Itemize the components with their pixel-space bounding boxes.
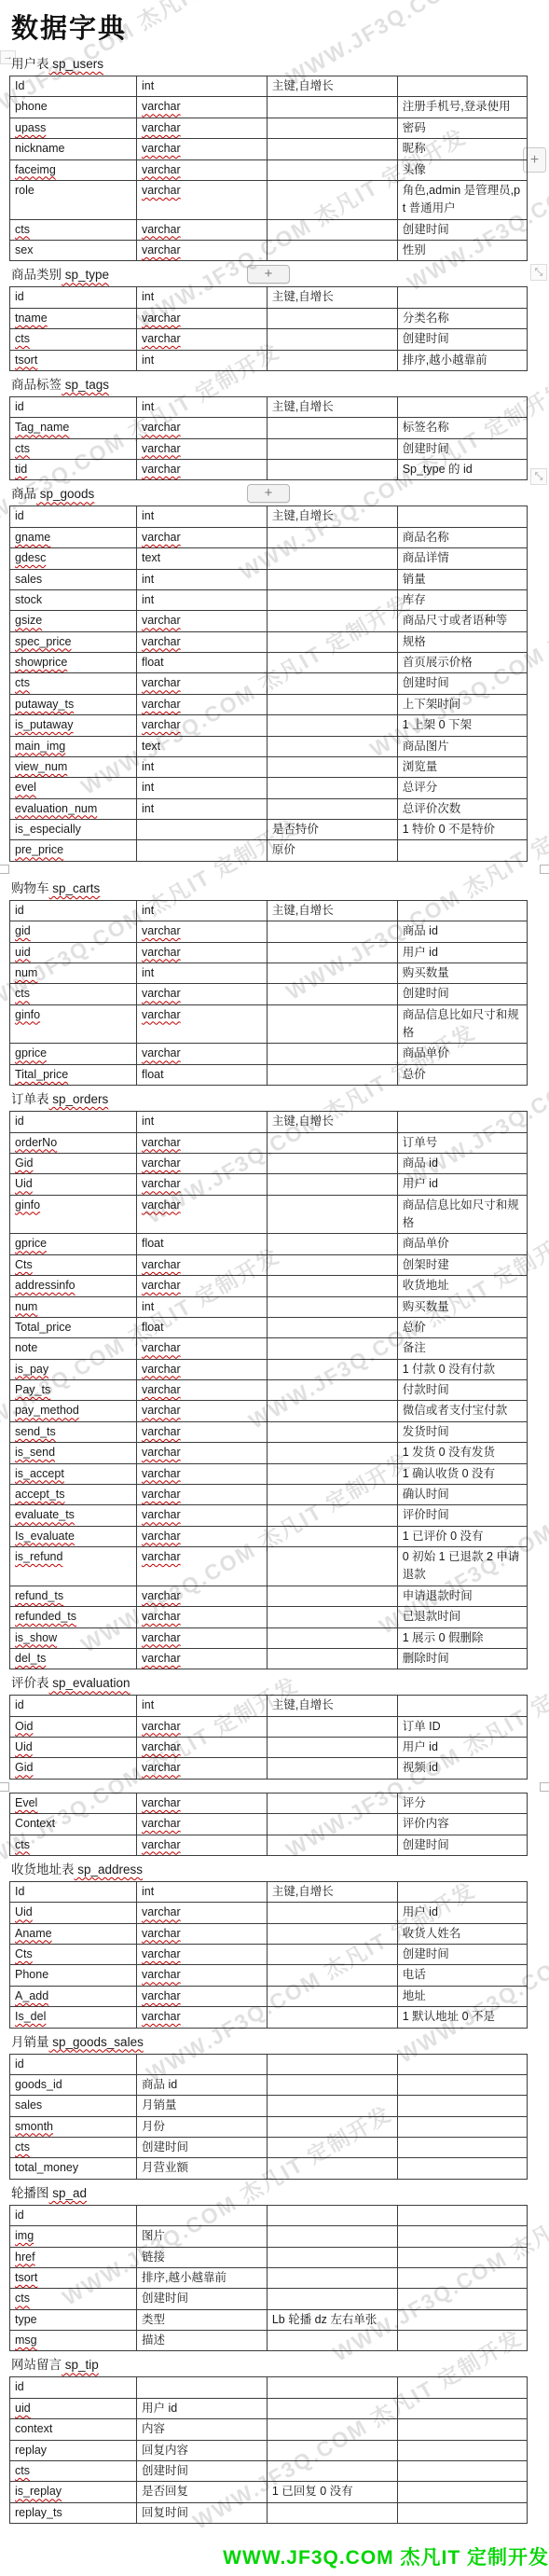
cell-field-type-text: varchar — [142, 312, 181, 325]
cell-description: 商品详情 — [397, 548, 527, 569]
cell-field-name: Pay_ts — [10, 1380, 137, 1401]
page-break — [0, 1780, 549, 1793]
section-label-table-code: sp_evaluation — [49, 1676, 130, 1690]
cell-field-type-text: int — [142, 573, 154, 586]
cell-key-info — [267, 1064, 397, 1085]
cell-key-info: 主键,自增长 — [267, 900, 397, 921]
cell-key-info — [267, 329, 397, 350]
cell-field-type-text: varchar — [142, 1198, 181, 1212]
section-label-sp_ad: 轮播图 sp_ad — [11, 2184, 549, 2203]
cell-key-info — [267, 1421, 397, 1442]
cell-field-type: varchar — [136, 673, 267, 694]
cell-field-type: varchar — [136, 1380, 267, 1401]
cell-field-type: varchar — [136, 118, 267, 138]
cell-field-type: 描述 — [136, 2331, 267, 2351]
cell-key-info — [267, 1627, 397, 1648]
cell-field-type — [136, 2377, 267, 2398]
cell-field-name-text: A_add — [15, 1989, 48, 2002]
cell-description: 浏览量 — [397, 756, 527, 777]
cell-description-text: 创架时建 — [403, 1258, 449, 1271]
cell-field-type-text: text — [142, 740, 160, 753]
table-row: uidvarchar用户 id — [10, 942, 528, 963]
cell-description-text: 1 确认收货 0 没有 — [403, 1467, 495, 1480]
cell-key-info-text: 主键,自增长 — [272, 1115, 334, 1128]
insert-row-plus-button[interactable]: + — [247, 484, 290, 503]
cell-description-text: 头像 — [403, 163, 426, 176]
section-label-sp_carts: 购物车 sp_carts — [11, 879, 549, 898]
table-row: is_acceptvarchar1 确认收货 0 没有 — [10, 1463, 528, 1484]
table-row: Uidvarchar用户 id — [10, 1738, 528, 1758]
cell-field-type: varchar — [136, 241, 267, 261]
cell-description-text: 创建时间 — [403, 1838, 449, 1851]
cell-field-name: uid — [10, 2398, 137, 2418]
cell-field-type: varchar — [136, 1923, 267, 1944]
cell-key-info — [267, 418, 397, 438]
cell-field-type-text: text — [142, 551, 160, 564]
cell-key-info — [267, 2205, 397, 2225]
table-row: msg描述 — [10, 2331, 528, 2351]
cell-description-text: 收货人姓名 — [403, 1927, 461, 1940]
cell-field-type-text: int — [142, 966, 154, 979]
cell-field-name: smonth — [10, 2116, 137, 2137]
cell-description-text: 收货地址 — [403, 1279, 449, 1292]
cell-field-type-text: varchar — [142, 676, 181, 689]
cell-field-type-text: varchar — [142, 1530, 181, 1543]
cell-field-name: cts — [10, 984, 137, 1004]
cell-field-name: id — [10, 396, 137, 417]
cell-description-text: 商品详情 — [403, 551, 449, 564]
cell-key-info — [267, 1338, 397, 1359]
cell-field-type: varchar — [136, 1793, 267, 1813]
cell-key-info — [267, 1044, 397, 1064]
cell-key-info — [267, 1254, 397, 1275]
cell-field-name-text: faceimg — [15, 163, 56, 176]
cell-field-type: varchar — [136, 1276, 267, 1296]
cell-field-type: varchar — [136, 631, 267, 652]
footer-brand-text: WWW.JF3Q.COM 杰凡IT 定制开发 — [223, 2542, 549, 2570]
cell-field-type: varchar — [136, 1401, 267, 1421]
cell-field-name: pre_price — [10, 840, 137, 861]
cell-field-name: spec_price — [10, 631, 137, 652]
cell-description: 总评价次数 — [397, 798, 527, 819]
cell-description-text: 注册手机号,登录使用 — [403, 100, 511, 113]
cell-field-type-text: varchar — [142, 635, 181, 648]
cell-field-type-text: int — [142, 1115, 154, 1128]
section-label-sp_tags: 商品标签 sp_tags — [11, 376, 549, 395]
cell-description — [397, 900, 527, 921]
cell-field-type: varchar — [136, 1716, 267, 1737]
cell-description: 标签名称 — [397, 418, 527, 438]
cell-field-type: 创建时间 — [136, 2460, 267, 2481]
cell-field-name: Total_price — [10, 1317, 137, 1337]
insert-row-plus-button[interactable]: + — [247, 265, 290, 284]
cell-description — [397, 2460, 527, 2481]
cell-field-name-text: id — [15, 290, 24, 303]
table-row: ginfovarchar商品信息比如尺寸和规格 — [10, 1195, 528, 1234]
cell-field-name-text: evaluation_num — [15, 802, 97, 815]
schema-table-sp_tags: idint主键,自增长Tag_namevarchar标签名称ctsvarchar… — [9, 396, 528, 481]
cell-field-type-text: varchar — [142, 1404, 181, 1417]
schema-table-sp_type: idint主键,自增长tnamevarchar分类名称ctsvarchar创建时… — [9, 286, 528, 371]
cell-field-type: varchar — [136, 438, 267, 459]
cell-field-name-text: gdesc — [15, 551, 46, 564]
table-row: gidvarchar商品 id — [10, 921, 528, 942]
section-label-chinese: 商品标签 — [11, 378, 62, 392]
cell-field-name: nickname — [10, 139, 137, 159]
cell-field-type-text: varchar — [142, 332, 181, 345]
cell-field-name-text: cts — [15, 987, 30, 1000]
cell-field-type: int — [136, 76, 267, 97]
table-row: Is_evaluatevarchar1 已评价 0 没有 — [10, 1526, 528, 1546]
section-label-sp_orders: 订单表 sp_orders — [11, 1090, 549, 1109]
table-row: Pay_tsvarchar付款时间 — [10, 1380, 528, 1401]
cell-field-type: varchar — [136, 1132, 267, 1153]
cell-field-name-text: stock — [15, 593, 42, 606]
cell-field-type-text: varchar — [142, 718, 181, 731]
table-row: ctsvarchar创建时间 — [10, 673, 528, 694]
cell-description: 发货时间 — [397, 1421, 527, 1442]
cell-key-info — [267, 1004, 397, 1044]
cell-field-type-text: varchar — [142, 1046, 181, 1059]
cell-description: Sp_type 的 id — [397, 460, 527, 480]
cell-description: 商品信息比如尺寸和规格 — [397, 1004, 527, 1044]
section-label-table-code: sp_ad — [49, 2186, 88, 2200]
cell-description — [397, 2247, 527, 2267]
cell-field-type-text: varchar — [142, 1177, 181, 1190]
data-dictionary-tables: 用户表 sp_usersIdint主键,自增长phonevarchar注册手机号… — [0, 55, 549, 2524]
cell-field-type: varchar — [136, 97, 267, 118]
cell-field-name-text: num — [15, 966, 37, 979]
cell-field-type-text: int — [142, 353, 154, 367]
cell-field-name-text: tid — [15, 463, 27, 476]
cell-field-name-text: Tag_name — [15, 421, 69, 434]
cell-field-name: uid — [10, 942, 137, 963]
table-row: gdesctext商品详情 — [10, 548, 528, 569]
cell-key-info: 主键,自增长 — [267, 287, 397, 308]
schema-table-sp_ad: idimg图片href链接tsort排序,越小越靠前cts创建时间type类型L… — [9, 2205, 528, 2352]
table-row: Ctsvarchar创架时建 — [10, 1254, 528, 1275]
cell-description: 视频 id — [397, 1758, 527, 1779]
table-row: Gidvarchar商品 id — [10, 1153, 528, 1173]
cell-field-name: id — [10, 1696, 137, 1716]
cell-field-type: varchar — [136, 2007, 267, 2028]
cell-key-info — [267, 611, 397, 631]
cell-description-text: 销量 — [403, 573, 426, 586]
cell-field-name-text: uid — [15, 2402, 31, 2415]
table-row: is_refundvarchar0 初始 1 已退款 2 申请退款 — [10, 1547, 528, 1586]
cell-field-name-text: tname — [15, 312, 48, 325]
cell-key-info — [267, 1484, 397, 1504]
cell-field-name-text: Cts — [15, 1947, 33, 1960]
cell-field-name-text: send_ts — [15, 1425, 56, 1438]
cell-key-info — [267, 984, 397, 1004]
cell-field-type-text: varchar — [142, 1508, 181, 1521]
cell-description-text: 性别 — [403, 243, 426, 256]
cell-key-info — [267, 241, 397, 261]
cell-field-type: varchar — [136, 1758, 267, 1779]
table-row: Gidvarchar视频 id — [10, 1758, 528, 1779]
cell-description: 用户 id — [397, 942, 527, 963]
table-row: nicknamevarchar昵称 — [10, 139, 528, 159]
cell-field-type: varchar — [136, 1421, 267, 1442]
cell-field-name: ginfo — [10, 1004, 137, 1044]
table-row: idint主键,自增长 — [10, 287, 528, 308]
cell-field-name-text: id — [15, 2057, 24, 2070]
cell-field-name: view_num — [10, 756, 137, 777]
cell-field-type-text: varchar — [142, 1610, 181, 1623]
cell-key-info — [267, 1505, 397, 1526]
cell-field-name-text: Tital_price — [15, 1068, 68, 1081]
cell-field-type: int — [136, 756, 267, 777]
cell-field-type: varchar — [136, 1153, 267, 1173]
cell-key-info — [267, 1607, 397, 1627]
cell-field-name-text: cts — [15, 223, 30, 236]
cell-field-type-text: varchar — [142, 1363, 181, 1376]
cell-key-info — [267, 2096, 397, 2116]
cell-key-info — [267, 2116, 397, 2137]
cell-key-info — [267, 1835, 397, 1855]
cell-field-type-text: varchar — [142, 1341, 181, 1354]
cell-field-name: id — [10, 2377, 137, 2398]
cell-field-type — [136, 840, 267, 861]
cell-description-text: 购买数量 — [403, 1300, 449, 1313]
cell-description-text: 排序,越小越靠前 — [403, 353, 487, 367]
cell-key-info — [267, 1793, 397, 1813]
cell-field-type: varchar — [136, 1547, 267, 1586]
table-row: img图片 — [10, 2226, 528, 2247]
cell-key-info — [267, 460, 397, 480]
table-row: idint主键,自增长 — [10, 506, 528, 527]
table-row: id — [10, 2377, 528, 2398]
cell-description: 备注 — [397, 1338, 527, 1359]
cell-key-info — [267, 350, 397, 370]
cell-description — [397, 396, 527, 417]
cell-field-name: is_replay — [10, 2482, 137, 2502]
cell-key-info — [267, 756, 397, 777]
table-row: ctsvarchar创建时间 — [10, 219, 528, 240]
cell-description: 头像 — [397, 159, 527, 180]
cell-key-info — [267, 1814, 397, 1835]
cell-field-name: Uid — [10, 1738, 137, 1758]
cell-description — [397, 2074, 527, 2095]
cell-field-name: addressinfo — [10, 1276, 137, 1296]
section-label-table-code: sp_type — [62, 268, 109, 282]
cell-field-type: varchar — [136, 1965, 267, 1986]
cell-field-type-text: varchar — [142, 946, 181, 959]
cell-key-info — [267, 1547, 397, 1586]
cell-field-name-text: smonth — [15, 2120, 53, 2133]
cell-field-name: is_especially — [10, 820, 137, 840]
cell-key-info — [267, 2074, 397, 2095]
cell-field-name-text: upass — [15, 121, 46, 134]
cell-field-name-text: role — [15, 184, 34, 197]
section-label-chinese: 轮播图 — [11, 2186, 49, 2200]
cell-description: 商品单价 — [397, 1044, 527, 1064]
cell-field-type: varchar — [136, 1835, 267, 1855]
table-row: gsizevarchar商品尺寸或者语种等 — [10, 611, 528, 631]
cell-field-type: varchar — [136, 1903, 267, 1923]
cell-field-name-text: replay_ts — [15, 2506, 62, 2519]
cell-description — [397, 2502, 527, 2523]
cell-description-text: 商品信息比如尺寸和规格 — [403, 1198, 519, 1229]
cell-key-info: 主键,自增长 — [267, 1112, 397, 1132]
cell-key-info — [267, 631, 397, 652]
cell-key-info — [267, 2377, 397, 2398]
cell-key-info: 原价 — [267, 840, 397, 861]
cell-field-type: varchar — [136, 1526, 267, 1546]
cell-field-type: varchar — [136, 329, 267, 350]
cell-key-info — [267, 798, 397, 819]
cell-key-info — [267, 778, 397, 798]
cell-field-name: note — [10, 1338, 137, 1359]
cell-description-text: 1 发货 0 没有发货 — [403, 1446, 495, 1459]
cell-description: 密码 — [397, 118, 527, 138]
cell-field-type-text: 回复内容 — [142, 2444, 188, 2457]
cell-field-name-text: cts — [15, 676, 30, 689]
cell-field-name: sex — [10, 241, 137, 261]
cell-description-text: 首页展示价格 — [403, 656, 473, 669]
table-row: tsortint排序,越小越靠前 — [10, 350, 528, 370]
cell-description: 昵称 — [397, 139, 527, 159]
table-row: del_tsvarchar删除时间 — [10, 1648, 528, 1669]
cell-field-type: varchar — [136, 1484, 267, 1504]
cell-key-info-text: 1 已回复 0 没有 — [272, 2485, 353, 2498]
table-row: idint主键,自增长 — [10, 1696, 528, 1716]
cell-key-info — [267, 1738, 397, 1758]
table-row: Total_pricefloat总价 — [10, 1317, 528, 1337]
cell-key-info — [267, 1276, 397, 1296]
cell-field-type: varchar — [136, 527, 267, 547]
cell-field-name: upass — [10, 118, 137, 138]
cell-field-type-text: float — [142, 1237, 164, 1250]
cell-description-text: 用户 id — [403, 1740, 438, 1753]
cell-description-text: 上下架时间 — [403, 698, 461, 711]
section-label-chinese: 用户表 — [11, 57, 49, 71]
cell-key-info — [267, 921, 397, 942]
cell-field-type: varchar — [136, 1338, 267, 1359]
cell-field-name: send_ts — [10, 1421, 137, 1442]
cell-field-name: tid — [10, 460, 137, 480]
table-row: pay_methodvarchar微信或者支付宝付款 — [10, 1401, 528, 1421]
section-label-chinese: 网站留言 — [11, 2358, 62, 2372]
cell-key-info: Lb 轮播 dz 左右单张 — [267, 2309, 397, 2330]
document-page: → 数据字典 用户表 sp_usersIdint主键,自增长phonevarch… — [0, 0, 549, 2576]
schema-table-sp_tip: iduid用户 idcontext内容replay回复内容cts创建时间is_r… — [9, 2376, 528, 2524]
cell-field-type: varchar — [136, 1814, 267, 1835]
cell-description-text: 创建时间 — [403, 1947, 449, 1960]
cell-field-type — [136, 2054, 267, 2074]
cell-field-name-text: cts — [15, 2464, 30, 2477]
cell-field-type: varchar — [136, 1738, 267, 1758]
cell-key-info — [267, 2138, 397, 2158]
cell-field-name-text: Is_del — [15, 2010, 46, 2023]
table-row: Phonevarchar电话 — [10, 1965, 528, 1986]
table-row: type类型Lb 轮播 dz 左右单张 — [10, 2309, 528, 2330]
cell-key-info-text: 主键,自增长 — [272, 1698, 334, 1711]
table-row: Uidvarchar用户 id — [10, 1903, 528, 1923]
table-row: is_putawayvarchar1 上架 0 下架 — [10, 715, 528, 736]
table-row: Contextvarchar评价内容 — [10, 1814, 528, 1835]
table-row: numint购买数量 — [10, 1296, 528, 1317]
cell-key-info — [267, 1586, 397, 1606]
cell-key-info — [267, 527, 397, 547]
cell-field-name-text: pre_price — [15, 843, 63, 856]
cell-field-name: is_accept — [10, 1463, 137, 1484]
table-row: view_numint浏览量 — [10, 756, 528, 777]
cell-field-type: int — [136, 1696, 267, 1716]
cell-description: 申请退款时间 — [397, 1586, 527, 1606]
cell-key-info — [267, 1758, 397, 1779]
cell-field-type-text: varchar — [142, 1947, 181, 1960]
cell-field-name: tsort — [10, 350, 137, 370]
cell-field-type: 创建时间 — [136, 2289, 267, 2309]
cell-field-name: role — [10, 180, 137, 219]
table-row: refund_tsvarchar申请退款时间 — [10, 1586, 528, 1606]
cell-field-name: gdesc — [10, 548, 137, 569]
cell-field-type: varchar — [136, 1607, 267, 1627]
cell-field-name-text: context — [15, 2422, 52, 2435]
table-row: Tag_namevarchar标签名称 — [10, 418, 528, 438]
table-row: Tital_pricefloat总价 — [10, 1064, 528, 1085]
cell-key-info — [267, 1965, 397, 1986]
cell-field-name: Evel — [10, 1793, 137, 1813]
cell-field-name: main_img — [10, 736, 137, 756]
cell-field-type-text: 图片 — [142, 2229, 165, 2242]
cell-description — [397, 2331, 527, 2351]
cell-description-text: 角色,admin 是管理员,pt 普通用户 — [403, 184, 520, 215]
cell-description-text: 评分 — [403, 1796, 426, 1809]
table-row: refunded_tsvarchar已退款时间 — [10, 1607, 528, 1627]
cell-field-type-text: varchar — [142, 1446, 181, 1459]
cell-field-type: varchar — [136, 1004, 267, 1044]
cell-field-name-text: spec_price — [15, 635, 71, 648]
cell-description-text: 用户 id — [403, 1905, 438, 1918]
cell-description: 1 上架 0 下架 — [397, 715, 527, 736]
cell-field-type-text: 内容 — [142, 2422, 165, 2435]
cell-description: 创建时间 — [397, 673, 527, 694]
cell-key-info: 1 已回复 0 没有 — [267, 2482, 397, 2502]
section-label-sp_goods_sales: 月销量 sp_goods_sales — [11, 2033, 549, 2052]
cell-description — [397, 2482, 527, 2502]
cell-field-name-text: href — [15, 2251, 35, 2264]
cell-description: 首页展示价格 — [397, 653, 527, 673]
cell-field-name: gprice — [10, 1044, 137, 1064]
table-row: send_tsvarchar发货时间 — [10, 1421, 528, 1442]
cell-field-name: showprice — [10, 653, 137, 673]
cell-field-type-text: 回复时间 — [142, 2506, 188, 2519]
cell-field-type: int — [136, 1881, 267, 1902]
cell-field-name: tname — [10, 308, 137, 328]
cell-field-type — [136, 820, 267, 840]
cell-field-name-text: gname — [15, 531, 50, 544]
cell-description: 微信或者支付宝付款 — [397, 1401, 527, 1421]
cell-key-info: 主键,自增长 — [267, 396, 397, 417]
cell-description-text: 评价内容 — [403, 1817, 449, 1830]
cell-description — [397, 1696, 527, 1716]
table-row: ctsvarchar创建时间 — [10, 438, 528, 459]
cell-description-text: 视频 id — [403, 1761, 438, 1774]
cell-description: 1 已评价 0 没有 — [397, 1526, 527, 1546]
table-row: phonevarchar注册手机号,登录使用 — [10, 97, 528, 118]
section-label-sp_evaluation: 评价表 sp_evaluation — [11, 1674, 549, 1693]
cell-key-info: 主键,自增长 — [267, 76, 397, 97]
table-row: gpricefloat商品单价 — [10, 1234, 528, 1254]
cell-description: 用户 id — [397, 1174, 527, 1195]
cell-description-text: 商品 id — [403, 924, 438, 937]
cell-description-text: 用户 id — [403, 946, 438, 959]
cell-key-info — [267, 1174, 397, 1195]
cell-key-info — [267, 1903, 397, 1923]
